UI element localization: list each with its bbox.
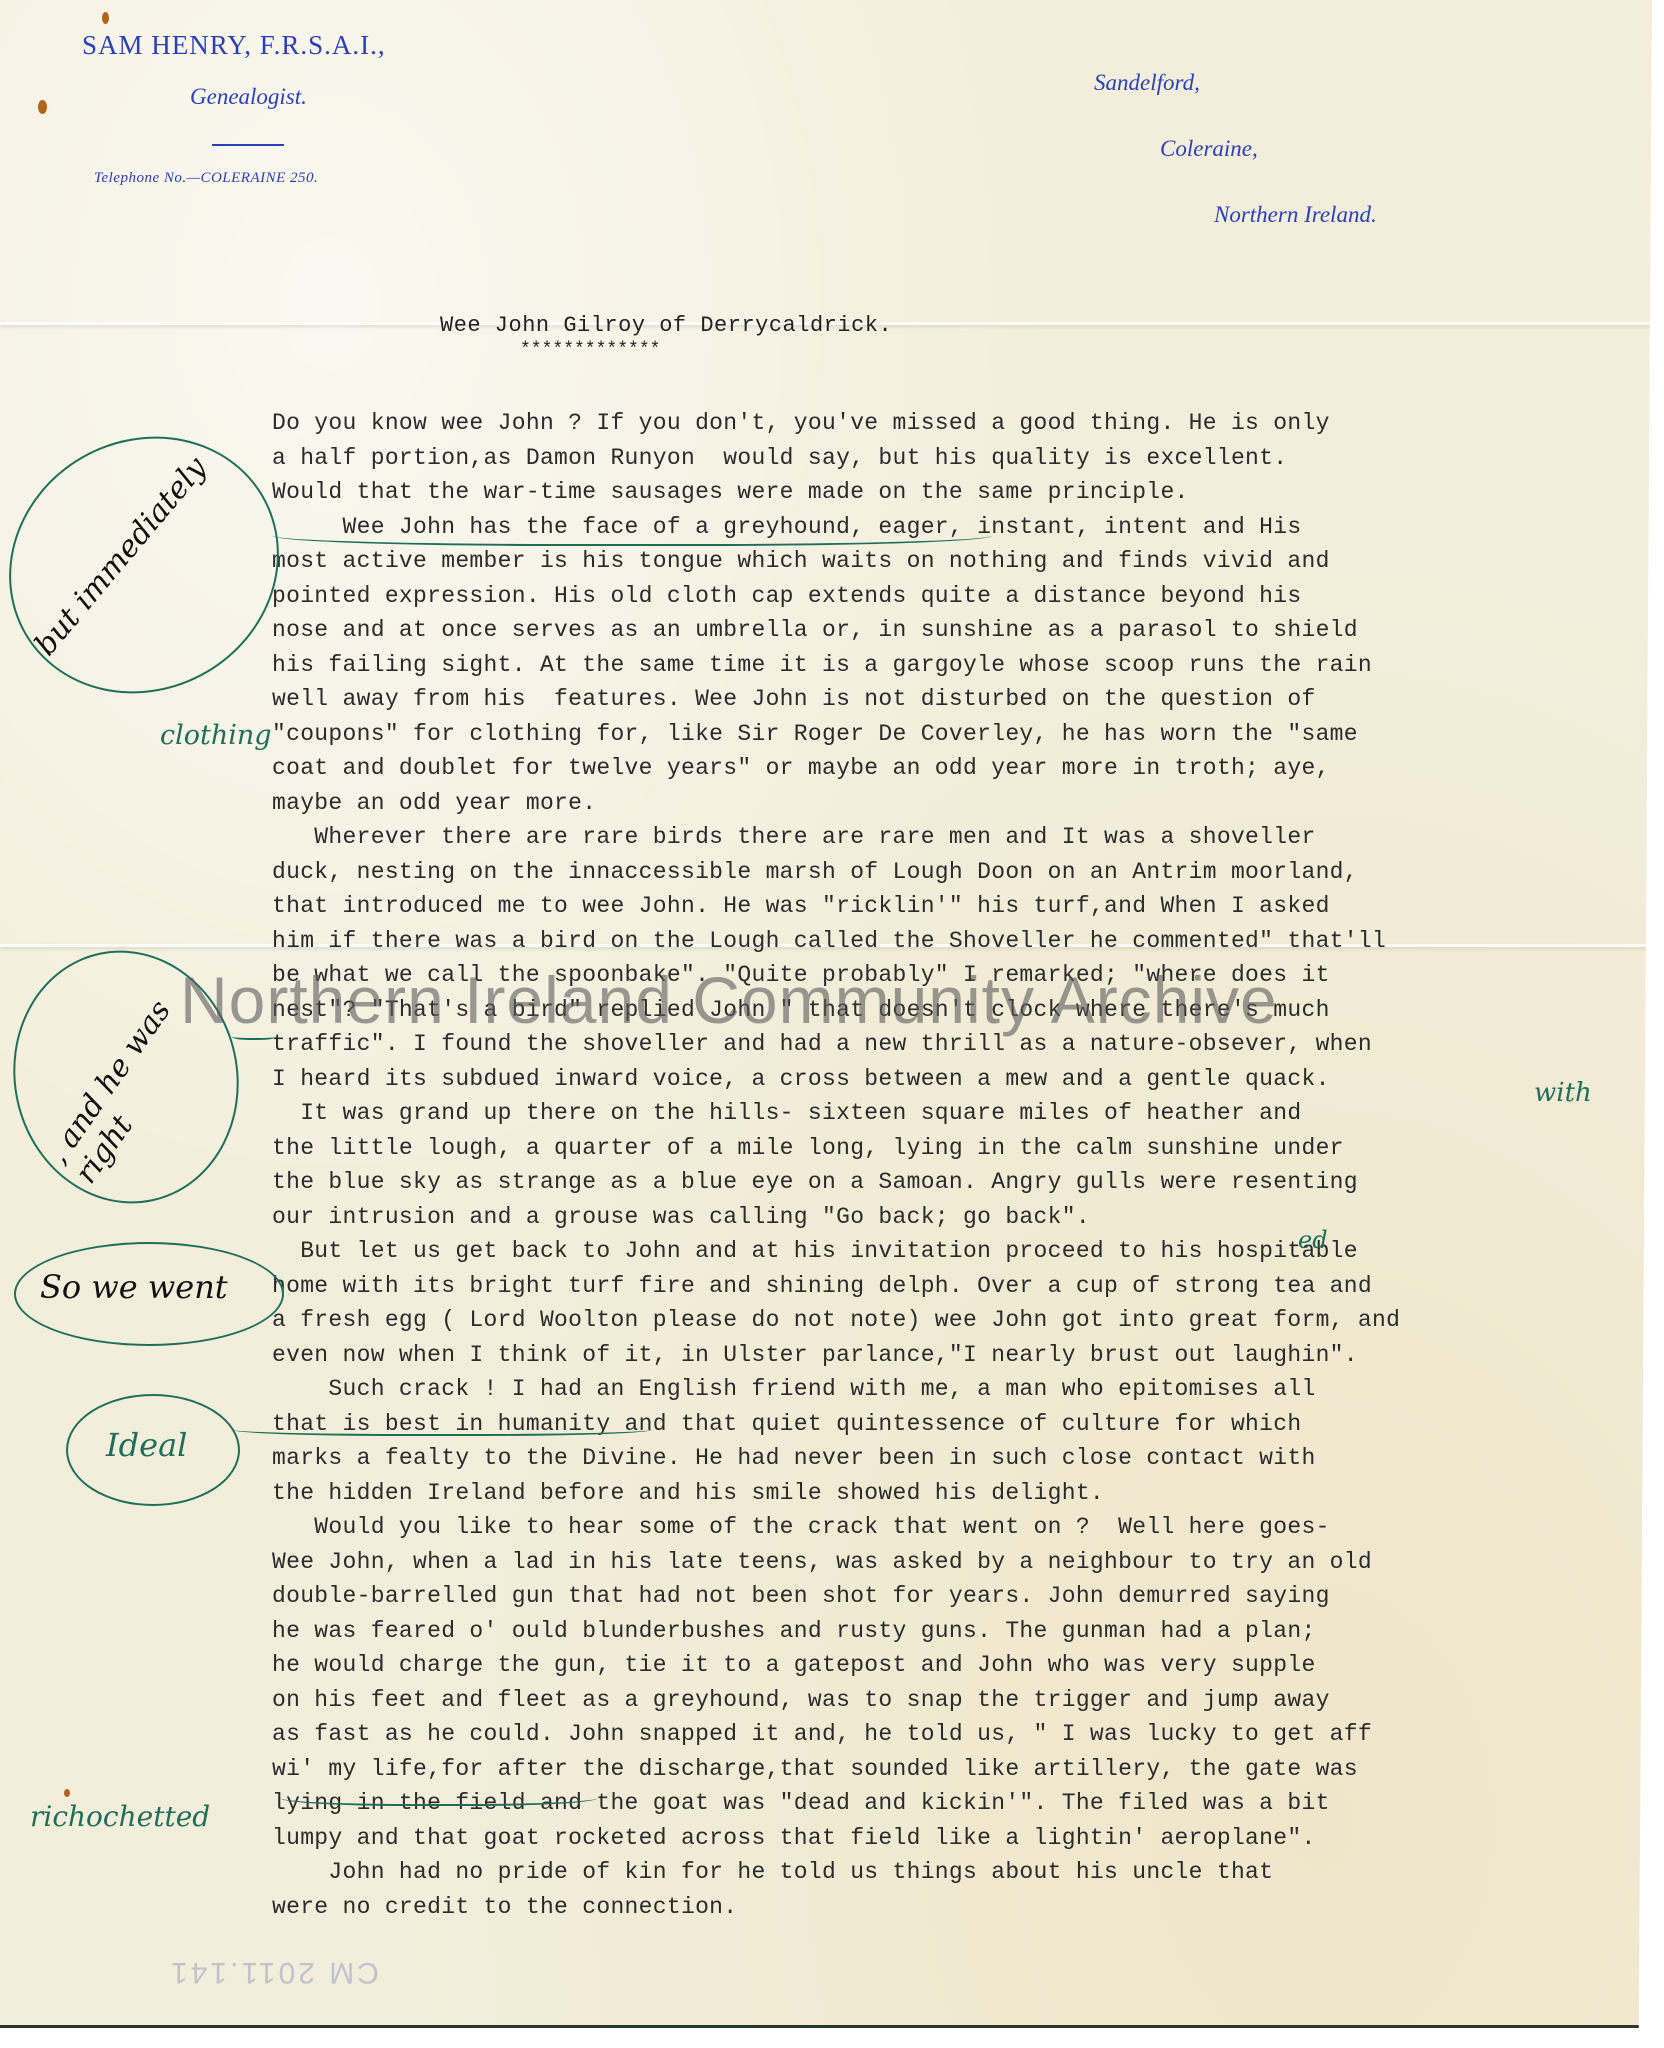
text-line: I heard its subdued inward voice, a cros… bbox=[272, 1062, 1632, 1097]
text-line: even now when I think of it, in Ulster p… bbox=[272, 1338, 1632, 1373]
text-line: him if there was a bird on the Lough cal… bbox=[272, 924, 1632, 959]
text-line: marks a fealty to the Divine. He had nev… bbox=[272, 1441, 1632, 1476]
text-line: double-barrelled gun that had not been s… bbox=[272, 1579, 1632, 1614]
text-line: "coupons" for clothing for, like Sir Rog… bbox=[272, 717, 1632, 752]
text-line: his failing sight. At the same time it i… bbox=[272, 648, 1632, 683]
text-line: on his feet and fleet as a greyhound, wa… bbox=[272, 1683, 1632, 1718]
text-line: he would charge the gun, tie it to a gat… bbox=[272, 1648, 1632, 1683]
address-line-2: Coleraine, bbox=[1160, 136, 1258, 162]
title-underline: ************* bbox=[520, 340, 660, 360]
text-line: he was feared o' ould blunderbushes and … bbox=[272, 1614, 1632, 1649]
text-line: that introduced me to wee John. He was "… bbox=[272, 889, 1632, 924]
text-line: home with its bright turf fire and shini… bbox=[272, 1269, 1632, 1304]
text-line: were no credit to the connection. bbox=[272, 1890, 1632, 1925]
letterhead-name: SAM HENRY, F.R.S.A.I., bbox=[82, 30, 386, 61]
document-body: Do you know wee John ? If you don't, you… bbox=[272, 406, 1632, 1924]
rust-stain bbox=[102, 12, 109, 24]
address-line-3: Northern Ireland. bbox=[1214, 202, 1377, 228]
text-line: a half portion,as Damon Runyon would say… bbox=[272, 441, 1632, 476]
rust-stain bbox=[38, 100, 47, 114]
text-line: the little lough, a quarter of a mile lo… bbox=[272, 1131, 1632, 1166]
text-line: coat and doublet for twelve years" or ma… bbox=[272, 751, 1632, 786]
pencil-reference: CM 2011.141 bbox=[168, 1955, 379, 1989]
annotation-underline bbox=[272, 520, 992, 546]
letterhead-telephone: Telephone No.—COLERAINE 250. bbox=[94, 170, 318, 187]
text-line: But let us get back to John and at his i… bbox=[272, 1234, 1632, 1269]
text-line: Would you like to hear some of the crack… bbox=[272, 1510, 1632, 1545]
text-line: pointed expression. His old cloth cap ex… bbox=[272, 579, 1632, 614]
letter-page: SAM HENRY, F.R.S.A.I., Genealogist. Tele… bbox=[0, 0, 1652, 2028]
text-line: lumpy and that goat rocketed across that… bbox=[272, 1821, 1632, 1856]
annotation-clothing: clothing bbox=[160, 720, 272, 751]
text-line: as fast as he could. John snapped it and… bbox=[272, 1717, 1632, 1752]
text-line: Would that the war-time sausages were ma… bbox=[272, 475, 1632, 510]
rust-stain bbox=[64, 1789, 70, 1797]
annotation-so-we-went: So we went bbox=[40, 1268, 228, 1306]
text-line: Do you know wee John ? If you don't, you… bbox=[272, 406, 1632, 441]
annotation-richochetted: richochetted bbox=[30, 1800, 210, 1833]
annotation-ed: ed bbox=[1298, 1226, 1328, 1254]
text-line: the hidden Ireland before and his smile … bbox=[272, 1476, 1632, 1511]
text-line: a fresh egg ( Lord Woolton please do not… bbox=[272, 1303, 1632, 1338]
text-line: the blue sky as strange as a blue eye on… bbox=[272, 1165, 1632, 1200]
annotation-with: with bbox=[1534, 1078, 1592, 1108]
text-line: It was grand up there on the hills- sixt… bbox=[272, 1096, 1632, 1131]
text-line: nose and at once serves as an umbrella o… bbox=[272, 613, 1632, 648]
text-line: Such crack ! I had an English friend wit… bbox=[272, 1372, 1632, 1407]
letterhead-rule bbox=[212, 144, 284, 146]
text-line: Wee John, when a lad in his late teens, … bbox=[272, 1545, 1632, 1580]
text-line: well away from his features. Wee John is… bbox=[272, 682, 1632, 717]
annotation-underline bbox=[280, 1786, 598, 1806]
document-title: Wee John Gilroy of Derrycaldrick. bbox=[440, 313, 892, 338]
archive-watermark: Northern Ireland Community Archive bbox=[180, 962, 1278, 1038]
annotation-ideal: Ideal bbox=[106, 1426, 187, 1464]
address-line-1: Sandelford, bbox=[1094, 70, 1200, 96]
text-line: Wherever there are rare birds there are … bbox=[272, 820, 1632, 855]
text-line: duck, nesting on the innaccessible marsh… bbox=[272, 855, 1632, 890]
text-line: wi' my life,for after the discharge,that… bbox=[272, 1752, 1632, 1787]
letterhead-role: Genealogist. bbox=[190, 84, 307, 110]
text-line: most active member is his tongue which w… bbox=[272, 544, 1632, 579]
annotation-underline bbox=[232, 1420, 652, 1436]
text-line: maybe an odd year more. bbox=[272, 786, 1632, 821]
text-line: John had no pride of kin for he told us … bbox=[272, 1855, 1632, 1890]
text-line: our intrusion and a grouse was calling "… bbox=[272, 1200, 1632, 1235]
